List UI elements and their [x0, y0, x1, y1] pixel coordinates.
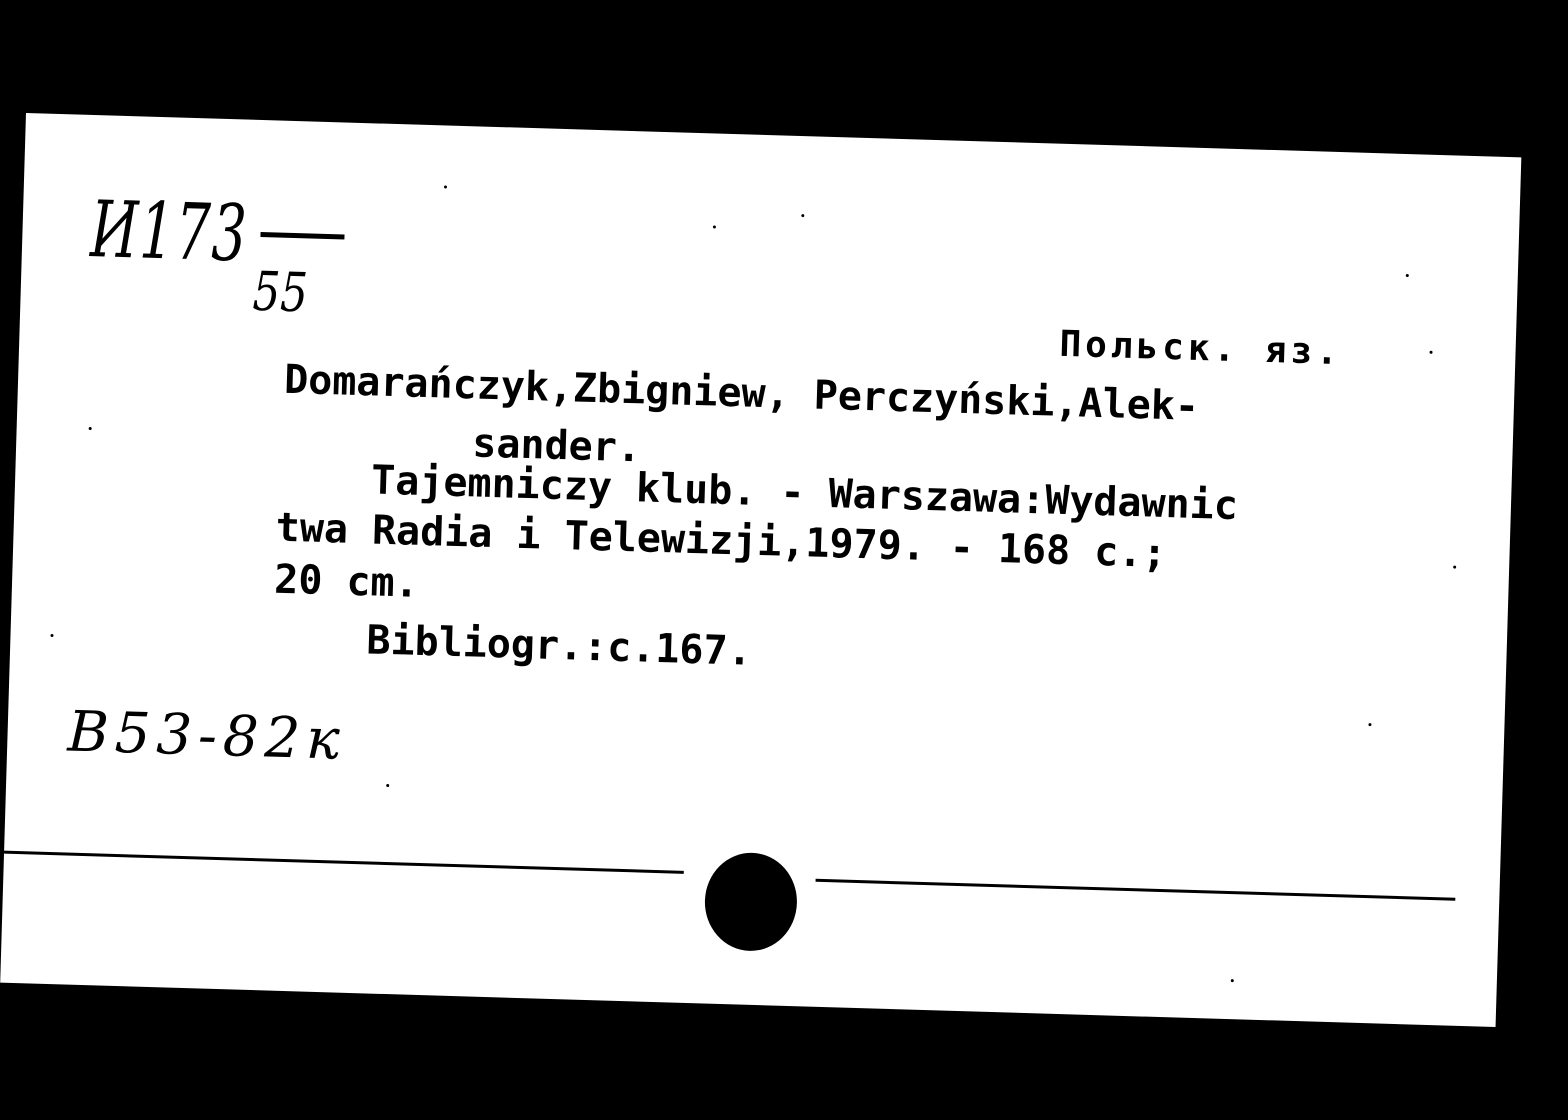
call-number-fraction-bar: [260, 232, 344, 239]
catalog-card: И173 55 Польск. яз. Domarańczyk,Zbigniew…: [0, 113, 1521, 1027]
speck: [50, 634, 53, 637]
speck: [444, 185, 447, 188]
call-number-subscript: 55: [252, 260, 309, 325]
entry-line-bibliography: Bibliogr.:c.167.: [366, 617, 753, 674]
language-note: Польск. яз.: [1059, 324, 1343, 373]
entry-line-size: 20 cm.: [274, 557, 420, 607]
card-rule-right: [816, 879, 1456, 901]
speck: [386, 784, 389, 787]
speck: [801, 214, 804, 217]
card-rule-left: [4, 851, 684, 874]
speck: [713, 225, 716, 228]
call-number: И173: [89, 185, 249, 280]
speck: [1231, 979, 1234, 982]
speck: [1429, 351, 1432, 354]
speck: [1368, 723, 1371, 726]
speck: [1406, 274, 1409, 277]
accession-number: B53-82к: [67, 700, 347, 773]
punch-hole: [703, 852, 798, 953]
speck: [89, 427, 92, 430]
speck: [1453, 566, 1456, 569]
entry-line-authors: Domarańczyk,Zbigniew, Perczyński,Alek-: [284, 357, 1200, 430]
